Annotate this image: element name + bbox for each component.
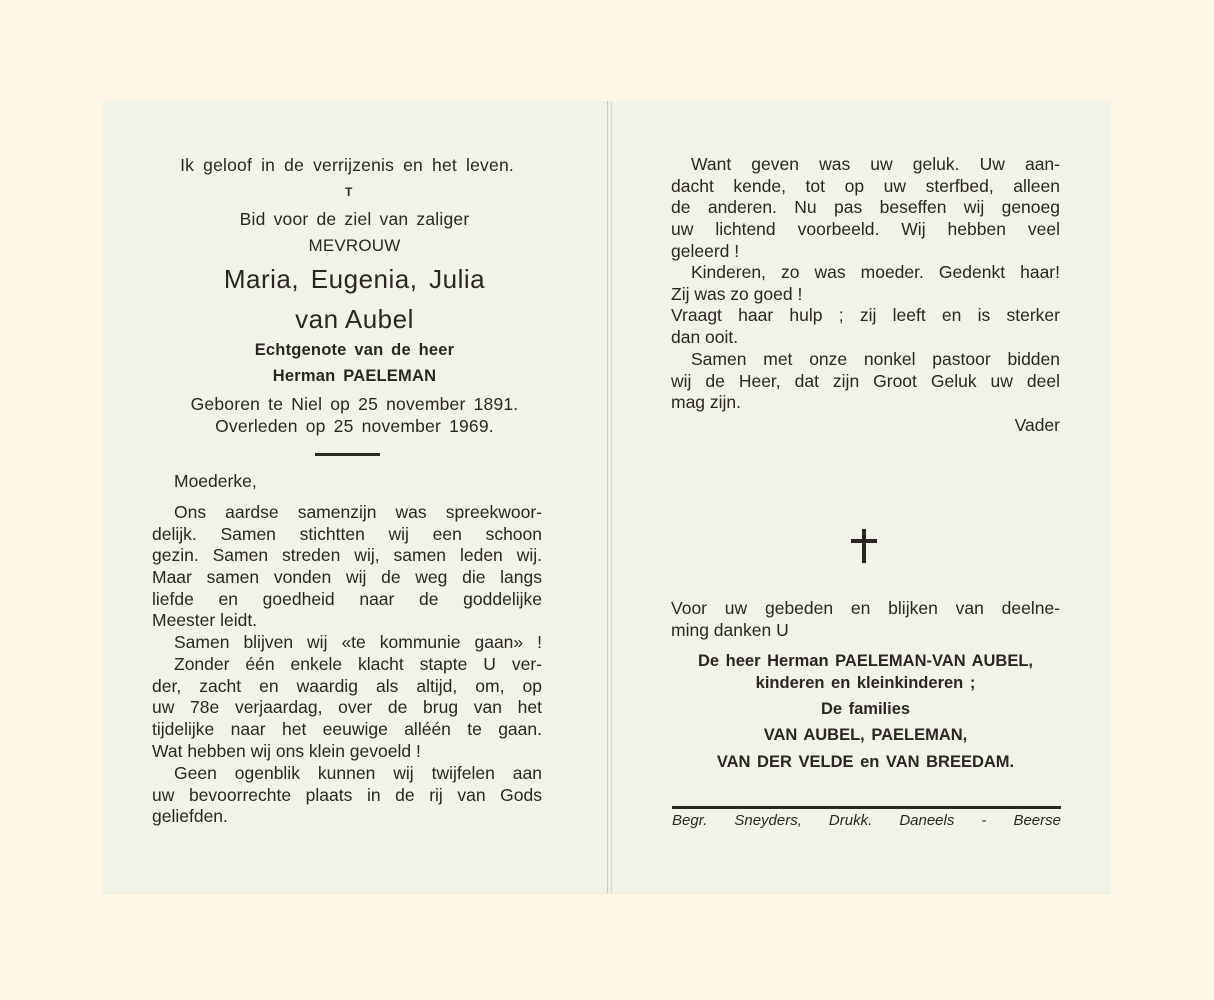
text-line: tijdelijke naar het eeuwige alléén te ga… (152, 719, 542, 741)
title-mevrouw: MEVROUW (102, 236, 607, 256)
printer-credit: Begr. Sneyders, Drukk. Daneels - Beerse (672, 812, 1061, 829)
text-line: geliefden. (152, 806, 542, 828)
text-line: Geen ogenblik kunnen wij twijfelen aan (152, 763, 542, 785)
text-line: de anderen. Nu pas beseffen wij genoeg (671, 197, 1060, 219)
death-info: Overleden op 25 november 1969. (102, 416, 607, 437)
salutation: Moederke, (174, 471, 257, 492)
family-line: De heer Herman PAELEMAN-VAN AUBEL, (671, 652, 1060, 671)
divider (315, 453, 380, 456)
text-line: uw bevoorrechte plaats in de rij van God… (152, 785, 542, 807)
text-line: Ons aardse samenzijn was spreekwoor- (152, 502, 542, 524)
cross-icon (851, 529, 877, 563)
text-line: gezin. Samen streden wij, samen leden wi… (152, 545, 542, 567)
text-line: Maar samen vonden wij de weg die langs (152, 567, 542, 589)
deceased-name-line1: Maria, Eugenia, Julia (102, 264, 607, 295)
thanks-text: Voor uw gebeden en blijken van deelne- m… (671, 598, 1060, 641)
letter-paragraph-6: Kinderen, zo was moeder. Gedenkt haar! Z… (671, 262, 1060, 349)
spouse-line1: Echtgenote van de heer (102, 341, 607, 360)
letter-paragraph-1: Ons aardse samenzijn was spreekwoor- del… (152, 502, 542, 632)
letter-paragraph-7: Samen met onze nonkel pastoor bidden wij… (671, 349, 1060, 414)
family-line: kinderen en kleinkinderen ; (671, 674, 1060, 693)
text-line: uw lichtend voorbeeld. Wij hebben veel (671, 219, 1060, 241)
text-line: Zonder één enkele klacht stapte U ver- (152, 654, 542, 676)
prayer-request: Bid voor de ziel van zaliger (102, 209, 607, 230)
divider (672, 806, 1061, 809)
spouse-line2: Herman PAELEMAN (102, 367, 607, 386)
text-line: delijk. Samen stichtten wij een schoon (152, 524, 542, 546)
letter-paragraph-3: Zonder één enkele klacht stapte U ver- d… (152, 654, 542, 762)
text-line: Samen blijven wij «te kommunie gaan» ! (152, 632, 542, 654)
text-line: Want geven was uw geluk. Uw aan- (671, 154, 1060, 176)
creed-text: Ik geloof in de verrijzenis en het leven… (152, 155, 542, 176)
text-line: liefde en goedheid naar de goddelijke (152, 589, 542, 611)
text-line: Kinderen, zo was moeder. Gedenkt haar! (671, 262, 1060, 284)
text-line: geleerd ! (671, 241, 1060, 263)
family-line: De families (671, 700, 1060, 719)
memorial-card: Ik geloof in de verrijzenis en het leven… (102, 101, 1111, 893)
text-line: Meester leidt. (152, 610, 542, 632)
text-line: Voor uw gebeden en blijken van deelne- (671, 598, 1060, 620)
birth-info: Geboren te Niel op 25 november 1891. (102, 394, 607, 415)
text-line: Wat hebben wij ons klein gevoeld ! (152, 741, 542, 763)
letter-paragraph-4: Geen ogenblik kunnen wij twijfelen aan u… (152, 763, 542, 828)
deceased-name-line2: van Aubel (102, 304, 607, 335)
family-line: VAN DER VELDE en VAN BREEDAM. (671, 753, 1060, 772)
letter-paragraph-2: Samen blijven wij «te kommunie gaan» ! (152, 632, 542, 654)
signature: Vader (1015, 415, 1060, 436)
small-cross-icon: T (345, 185, 352, 199)
text-line: Samen met onze nonkel pastoor bidden (671, 349, 1060, 371)
right-panel: Want geven was uw geluk. Uw aan- dacht k… (611, 101, 1111, 893)
text-line: ming danken U (671, 620, 1060, 642)
text-line: dan ooit. (671, 327, 1060, 349)
text-line: dacht kende, tot op uw sterfbed, alleen (671, 176, 1060, 198)
text-line: Vraagt haar hulp ; zij leeft en is sterk… (671, 305, 1060, 327)
left-panel: Ik geloof in de verrijzenis en het leven… (102, 101, 607, 893)
text-line: Zij was zo goed ! (671, 284, 1060, 306)
text-line: mag zijn. (671, 392, 1060, 414)
text-line: wij de Heer, dat zijn Groot Geluk uw dee… (671, 371, 1060, 393)
letter-paragraph-5: Want geven was uw geluk. Uw aan- dacht k… (671, 154, 1060, 262)
text-line: uw 78e verjaardag, over de brug van het (152, 697, 542, 719)
family-line: VAN AUBEL, PAELEMAN, (671, 726, 1060, 745)
text-line: der, zacht en waardig als altijd, om, op (152, 676, 542, 698)
